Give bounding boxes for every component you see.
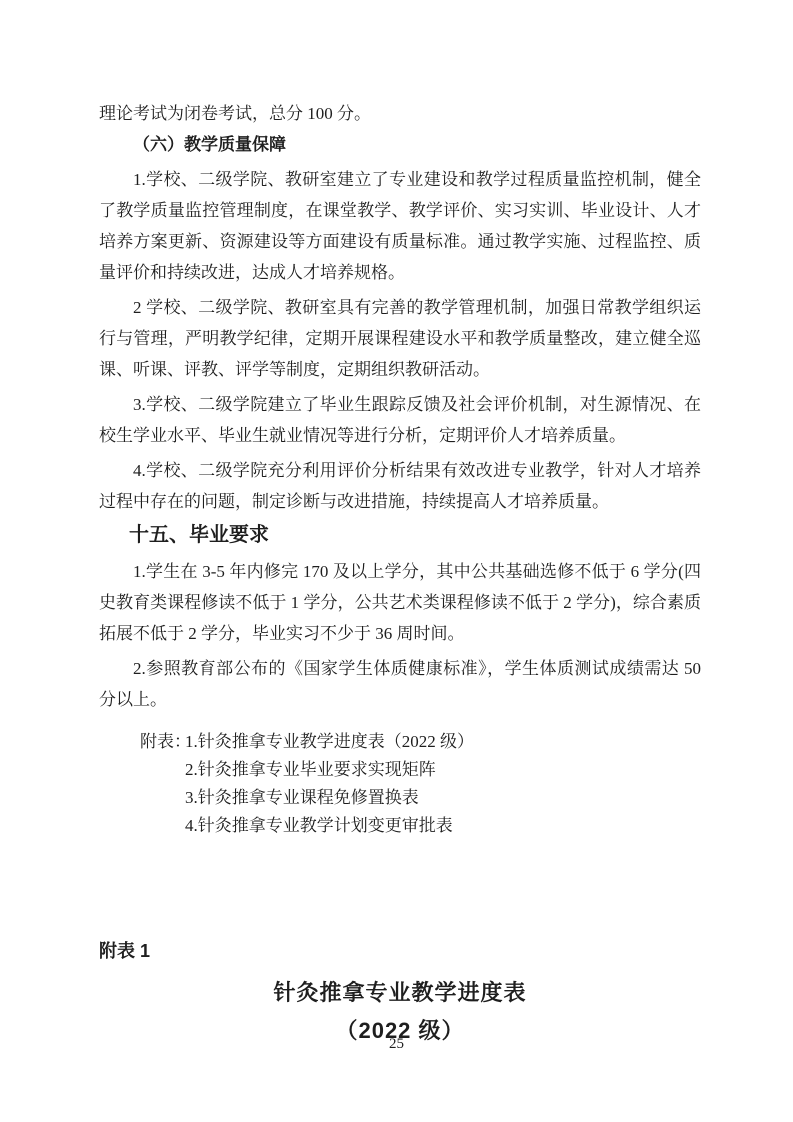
attachment-label: 附表 1	[99, 936, 701, 966]
appendix-list-item: 1.针灸推拿专业教学进度表（2022 级）	[185, 728, 701, 756]
appendix-list-item: 2.针灸推拿专业毕业要求实现矩阵	[185, 756, 701, 784]
section15-heading: 十五、毕业要求	[99, 519, 701, 552]
appendix-list: 附表： 1.针灸推拿专业教学进度表（2022 级） 2.针灸推拿专业毕业要求实现…	[185, 728, 701, 840]
page-number: 25	[0, 1034, 793, 1054]
section15-paragraph-2: 2.参照教育部公布的《国家学生体质健康标准》，学生体质测试成绩需达 50 分以上…	[99, 653, 701, 715]
section6-paragraph-2: 2 学校、二级学院、教研室具有完善的教学管理机制，加强日常教学组织运行与管理，严…	[99, 292, 701, 385]
section15-paragraph-1: 1.学生在 3-5 年内修完 170 及以上学分，其中公共基础选修不低于 6 学…	[99, 556, 701, 649]
appendix-list-item: 3.针灸推拿专业课程免修置换表	[185, 784, 701, 812]
section6-paragraph-4: 4.学校、二级学院充分利用评价分析结果有效改进专业教学，针对人才培养过程中存在的…	[99, 455, 701, 517]
section6-heading: （六）教学质量保障	[99, 129, 701, 160]
attachment-title: 针灸推拿专业教学进度表	[99, 974, 701, 1012]
page-content: 理论考试为闭卷考试，总分 100 分。 （六）教学质量保障 1.学校、二级学院、…	[99, 98, 701, 1050]
section6-paragraph-3: 3.学校、二级学院建立了毕业生跟踪反馈及社会评价机制，对生源情况、在校生学业水平…	[99, 389, 701, 451]
appendix-list-label: 附表：	[140, 728, 191, 756]
document-page: 理论考试为闭卷考试，总分 100 分。 （六）教学质量保障 1.学校、二级学院、…	[0, 0, 793, 1122]
appendix-list-item: 4.针灸推拿专业教学计划变更审批表	[185, 812, 701, 840]
section6-paragraph-1: 1.学校、二级学院、教研室建立了专业建设和教学过程质量监控机制，健全了教学质量监…	[99, 164, 701, 288]
intro-paragraph: 理论考试为闭卷考试，总分 100 分。	[99, 98, 701, 129]
